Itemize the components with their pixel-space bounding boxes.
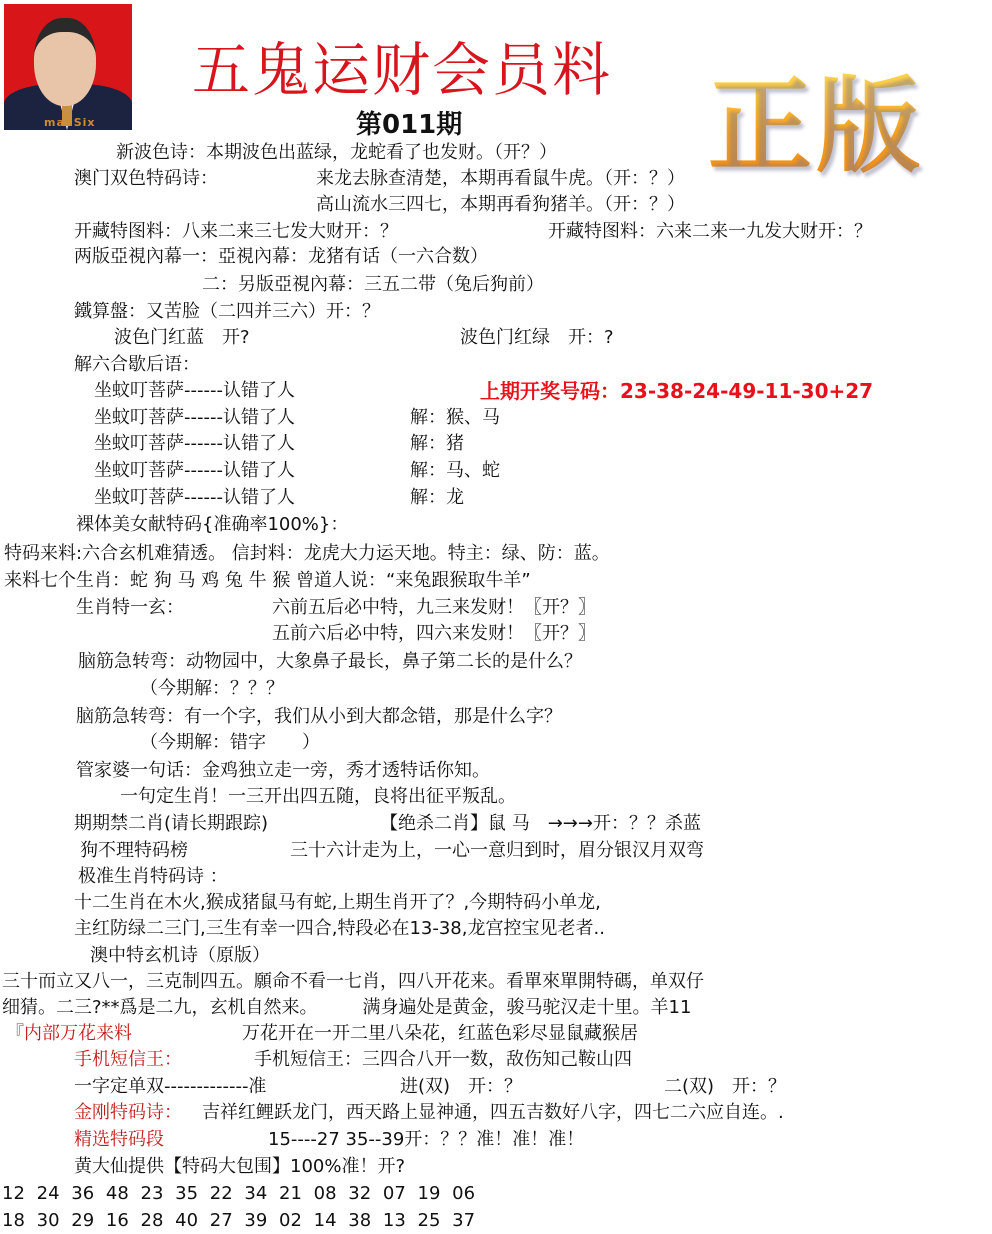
hidden-chart-1: 开藏特图料：八来二来三七发大财开：？ — [74, 221, 398, 243]
riddle-line: 坐蚊叮菩萨------认错了人 — [94, 460, 295, 482]
ban-two-zodiac-label: 期期禁二肖(请长期跟踪) — [74, 813, 268, 835]
page-title: 五鬼运财会员料 — [192, 38, 612, 102]
hidden-chart-2: 开藏特图料：六来二来一九发大财开：？ — [548, 221, 872, 243]
riddle-line: 坐蚊叮菩萨------认错了人 — [94, 380, 295, 402]
riddle-line: 坐蚊叮菩萨------认错了人 — [94, 407, 295, 429]
number-row-1: 12 24 36 48 23 35 22 34 21 08 32 07 19 0… — [2, 1183, 475, 1205]
zodiac-mystic-line-2: 五前六后必中特，四六来发财！〖开？〗 — [272, 623, 596, 645]
portrait-watermark: manSix — [44, 116, 96, 129]
macau-poem-line-1: 来龙去脉查清楚，本期再看鼠牛虎。（开：？） — [316, 168, 685, 190]
odd-even-label: 一字定单双-------------准 — [74, 1076, 266, 1098]
number-row-2: 18 30 29 16 28 40 27 39 02 14 38 13 25 3… — [2, 1210, 475, 1232]
beauty-special-code: 裸体美女献特码{准确率100%}： — [76, 514, 348, 536]
riddle-answer: 解：龙 — [410, 487, 464, 509]
asia-tv-inside-2: 二：另版亞視內幕：三五二带（兔后狗前） — [202, 274, 544, 296]
brain-teaser-1: 脑筋急转弯：动物园中，大象鼻子最长，鼻子第二长的是什么？ — [78, 651, 582, 673]
riddle-answer: 解：马、蛇 — [410, 460, 500, 482]
accurate-poem-line-1: 十二生肖在木火,猴成猪鼠马有蛇,上期生肖开了？,今期特码小单龙, — [74, 892, 601, 914]
brain-teaser-2-answer: （今期解：错字 ） — [140, 732, 320, 754]
odd-even-pick-1: 进(双) 开：？ — [400, 1076, 522, 1098]
zodiac-mystic-label: 生肖特一玄： — [76, 597, 184, 619]
macau-mystic-title: 澳中特玄机诗（原版） — [90, 945, 270, 967]
portrait-head — [34, 18, 96, 106]
last-draw-label: 上期开奖号码： — [480, 379, 620, 403]
selected-segment-value: 15----27 35--39开：？？准！准！准！ — [268, 1129, 584, 1151]
riddle-answer: 解：猪 — [410, 433, 464, 455]
riddle-answer: 解：猴、马 — [410, 407, 500, 429]
brain-teaser-2: 脑筋急转弯：有一个字，我们从小到大都念错，那是什么字？ — [76, 706, 562, 728]
authentic-badge: 正版 — [708, 70, 924, 182]
asia-tv-inside-1: 两版亞視內幕一：亞視內幕：龙猪有话（一六合数） — [74, 246, 488, 268]
accurate-poem-title: 极准生肖特码诗 ： — [78, 866, 228, 888]
accurate-poem-line-2: 主红防绿二三门,三生有幸一四合,特段必在13-38,龙宫控宝见老者.. — [74, 918, 605, 940]
riddle-line: 坐蚊叮菩萨------认错了人 — [94, 487, 295, 509]
diamond-poem-label: 金刚特码诗： — [74, 1102, 182, 1124]
housekeeper-phrase: 管家婆一句话：金鸡独立走一旁，秀才透特话你知。 — [76, 760, 490, 782]
one-sentence-zodiac: 一句定生肖！一三开出四五随，良将出征平叛乱。 — [120, 786, 516, 808]
diamond-poem-value: 吉祥红鲤跃龙门，西天路上显神通，四五吉数好八字，四七二六应自连。. — [202, 1102, 784, 1124]
issue-number: 第011期 — [356, 110, 462, 140]
iron-abacus: 鐵算盤：又苦脸（二四并三六）开：？ — [74, 301, 380, 323]
portrait-photo: manSix — [4, 4, 132, 130]
sms-king-value: 手机短信王：三四合八开一数，敌伤知己鞍山四 — [254, 1049, 632, 1071]
dog-chart-value: 三十六计走为上，一心一意归到时，眉分银汉月双弯 — [290, 840, 704, 862]
special-code-source: 特码来料:六合玄机难猜透。 信封料：龙虎大力运天地。特主：绿、防：蓝。 — [4, 543, 610, 565]
brain-teaser-1-answer: （今期解：？？？ — [140, 678, 284, 700]
last-draw-numbers: 23-38-24-49-11-30+27 — [620, 379, 873, 403]
mystic-poem-line-2: 细猜。二三?**爲是二九，玄机自然来。 满身遍处是黄金，骏马驼汉走十里。羊11 — [2, 997, 691, 1019]
riddle-title: 解六合歇后语： — [74, 354, 200, 376]
last-draw: 上期开奖号码：23-38-24-49-11-30+27 — [480, 379, 873, 403]
selected-segment-label: 精选特码段 — [74, 1129, 164, 1151]
dog-chart-label: 狗不理特码榜 — [80, 840, 188, 862]
macau-poem-line-2: 高山流水三四七，本期再看狗猪羊。（开：？） — [316, 194, 685, 216]
ban-two-zodiac-value: 【绝杀二肖】鼠 马 →→→开：？？杀蓝 — [380, 813, 701, 835]
seven-zodiac: 来料七个生肖：蛇 狗 马 鸡 兔 牛 猴 曾道人说：“来兔跟猴取牛羊” — [4, 570, 531, 592]
flower-source-value: 万花开在一开二里八朵花，红蓝色彩尽显鼠藏猴居 — [242, 1023, 638, 1045]
macau-poem-label: 澳门双色特码诗： — [74, 168, 218, 190]
sms-king-label: 手机短信王： — [74, 1049, 182, 1071]
mystic-poem-line-1: 三十而立又八一，三克制四五。願命不看一七肖，四八开花来。看單來單開特碼，单双仔 — [2, 971, 704, 993]
riddle-line: 坐蚊叮菩萨------认错了人 — [94, 433, 295, 455]
wave-door-red-blue: 波色门红蓝 开? — [114, 327, 250, 349]
flower-source-label: 『内部万花来料 — [6, 1023, 132, 1045]
wave-color-poem: 新波色诗：本期波色出蓝绿，龙蛇看了也发财。（开？） — [116, 142, 557, 164]
zodiac-mystic-line-1: 六前五后必中特，九三来发财！〖开？〗 — [272, 597, 596, 619]
odd-even-pick-2: 二(双) 开：？ — [664, 1076, 786, 1098]
wave-door-red-green: 波色门红绿 开：? — [460, 327, 614, 349]
huang-daxian-title: 黄大仙提供【特码大包围】100%准！开? — [74, 1156, 405, 1178]
